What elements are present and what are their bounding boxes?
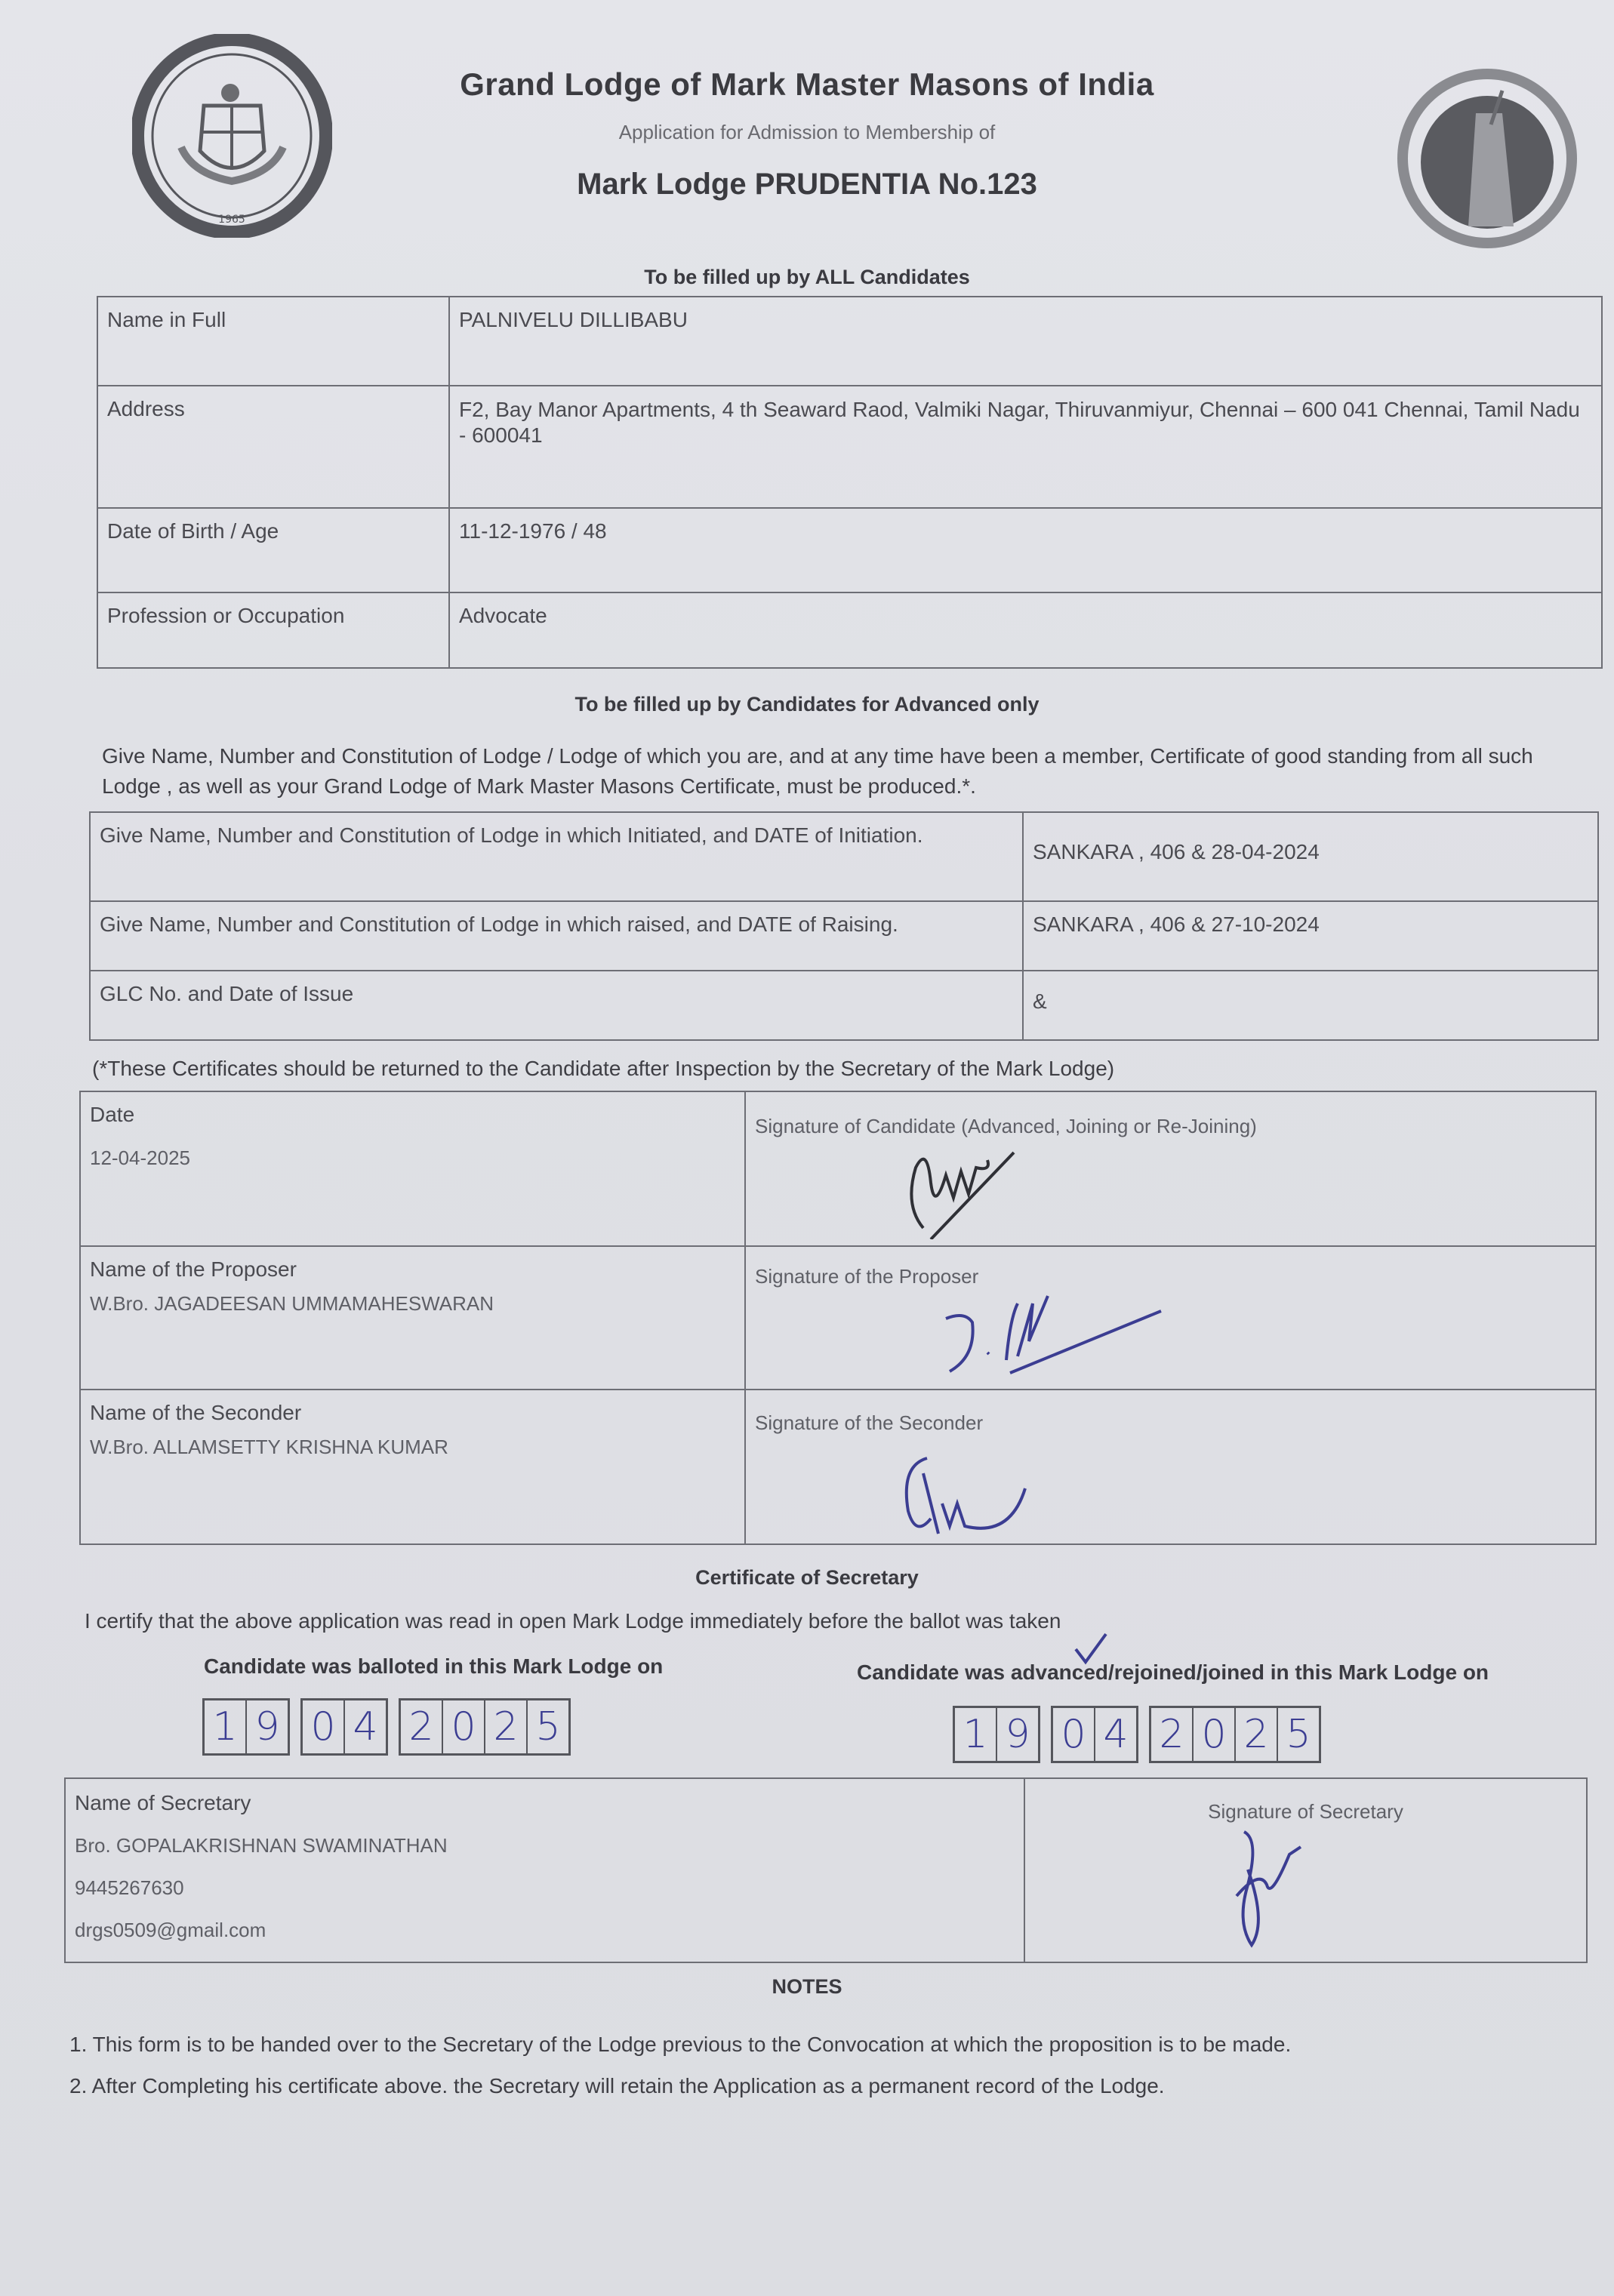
initiation-value[interactable]: SANKARA , 406 & 28-04-2024 [1023, 812, 1598, 901]
field-label: Give Name, Number and Constitution of Lo… [90, 901, 1023, 971]
balloted-year: 2 0 2 5 [399, 1698, 571, 1756]
raising-value[interactable]: SANKARA , 406 & 27-10-2024 [1023, 901, 1598, 971]
proposer-name[interactable]: W.Bro. JAGADEESAN UMMAMAHESWARAN [90, 1292, 735, 1316]
field-label: GLC No. and Date of Issue [90, 971, 1023, 1040]
advanced-label: Candidate was advanced/rejoined/joined i… [857, 1660, 1489, 1685]
secretary-name[interactable]: Bro. GOPALAKRISHNAN SWAMINATHAN [75, 1824, 1015, 1867]
signatures-table: Date 12-04-2025 Signature of Candidate (… [79, 1091, 1597, 1545]
date-cell: Date 12-04-2025 [80, 1091, 745, 1246]
field-label: Profession or Occupation [97, 592, 449, 668]
candidate-signature-icon[interactable] [901, 1137, 1036, 1239]
table-row: Date 12-04-2025 Signature of Candidate (… [80, 1091, 1596, 1246]
secretary-email[interactable]: drgs0509@gmail.com [75, 1909, 1015, 1951]
table-row: Name of Secretary Bro. GOPALAKRISHNAN SW… [65, 1778, 1587, 1962]
proposer-signature-label: Signature of the Proposer [755, 1265, 1586, 1288]
proposer-label: Name of the Proposer [90, 1257, 735, 1282]
digit-box[interactable]: 1 [205, 1700, 247, 1753]
digit-box[interactable]: 4 [1095, 1708, 1136, 1761]
form-subtitle: Application for Admission to Membership … [0, 121, 1614, 144]
certificate-statement: I certify that the above application was… [85, 1606, 1061, 1636]
note-item: 1. This form is to be handed over to the… [69, 2033, 1291, 2057]
address-value[interactable]: F2, Bay Manor Apartments, 4 th Seaward R… [449, 386, 1602, 508]
table-row: Name in Full PALNIVELU DILLIBABU [97, 297, 1602, 386]
name-in-full-value[interactable]: PALNIVELU DILLIBABU [449, 297, 1602, 386]
section-advanced-heading: To be filled up by Candidates for Advanc… [0, 693, 1614, 716]
digit-box[interactable]: 9 [247, 1700, 288, 1753]
digit-box[interactable]: 0 [1194, 1708, 1236, 1761]
digit-box[interactable]: 2 [1151, 1708, 1194, 1761]
digit-box[interactable]: 1 [955, 1708, 997, 1761]
section-all-heading: To be filled up by ALL Candidates [0, 266, 1614, 289]
dob-age-value[interactable]: 11-12-1976 / 48 [449, 508, 1602, 592]
advanced-month: 0 4 [1051, 1706, 1138, 1763]
notes-heading: NOTES [0, 1975, 1614, 1999]
field-label: Date of Birth / Age [97, 508, 449, 592]
digit-box[interactable]: 5 [528, 1700, 568, 1753]
seconder-name[interactable]: W.Bro. ALLAMSETTY KRISHNA KUMAR [90, 1436, 735, 1459]
table-row: GLC No. and Date of Issue & [90, 971, 1598, 1040]
note-item: 2. After Completing his certificate abov… [69, 2074, 1165, 2098]
proposer-cell: Name of the Proposer W.Bro. JAGADEESAN U… [80, 1246, 745, 1390]
secretary-phone[interactable]: 9445267630 [75, 1867, 1015, 1909]
advanced-instruction: Give Name, Number and Constitution of Lo… [102, 741, 1585, 802]
field-label: Name in Full [97, 297, 449, 386]
balloted-label: Candidate was balloted in this Mark Lodg… [204, 1654, 663, 1679]
table-row: Give Name, Number and Constitution of Lo… [90, 812, 1598, 901]
digit-box[interactable]: 0 [1053, 1708, 1095, 1761]
date-value[interactable]: 12-04-2025 [90, 1146, 735, 1170]
proposer-signature-cell: Signature of the Proposer [745, 1246, 1596, 1390]
digit-box[interactable]: 2 [1236, 1708, 1278, 1761]
table-row: Address F2, Bay Manor Apartments, 4 th S… [97, 386, 1602, 508]
secretary-name-label: Name of Secretary [75, 1782, 1015, 1824]
glc-value[interactable]: & [1023, 971, 1598, 1040]
advanced-day: 1 9 [953, 1706, 1040, 1763]
seconder-signature-label: Signature of the Seconder [755, 1411, 1586, 1435]
balloted-date-boxes[interactable]: 1 9 0 4 2 0 2 5 [202, 1698, 581, 1756]
digit-box[interactable]: 2 [401, 1700, 443, 1753]
table-row: Date of Birth / Age 11-12-1976 / 48 [97, 508, 1602, 592]
checkmark-icon[interactable] [1072, 1630, 1110, 1668]
table-row: Name of the Proposer W.Bro. JAGADEESAN U… [80, 1246, 1596, 1390]
digit-box[interactable]: 2 [485, 1700, 528, 1753]
seconder-label: Name of the Seconder [90, 1401, 735, 1425]
field-label: Give Name, Number and Constitution of Lo… [90, 812, 1023, 901]
table-row: Name of the Seconder W.Bro. ALLAMSETTY K… [80, 1390, 1596, 1544]
table-row: Profession or Occupation Advocate [97, 592, 1602, 668]
balloted-day: 1 9 [202, 1698, 290, 1756]
field-label: Address [97, 386, 449, 508]
seconder-signature-cell: Signature of the Seconder [745, 1390, 1596, 1544]
secretary-details-cell: Name of Secretary Bro. GOPALAKRISHNAN SW… [65, 1778, 1024, 1962]
seconder-cell: Name of the Seconder W.Bro. ALLAMSETTY K… [80, 1390, 745, 1544]
org-title: Grand Lodge of Mark Master Masons of Ind… [0, 66, 1614, 103]
proposer-signature-icon[interactable] [935, 1288, 1176, 1379]
advanced-year: 2 0 2 5 [1149, 1706, 1321, 1763]
advanced-details-table: Give Name, Number and Constitution of Lo… [89, 811, 1599, 1041]
certificate-heading: Certificate of Secretary [0, 1566, 1614, 1590]
secretary-signature-label: Signature of Secretary [1034, 1800, 1577, 1824]
candidate-signature-label: Signature of Candidate (Advanced, Joinin… [755, 1115, 1586, 1138]
date-label: Date [90, 1103, 735, 1127]
secretary-signature-icon[interactable] [1214, 1824, 1320, 1953]
application-form-page: 1965 Grand Lodge of Mark Master Masons o… [0, 0, 1614, 2296]
candidate-signature-cell: Signature of Candidate (Advanced, Joinin… [745, 1091, 1596, 1246]
digit-box[interactable]: 5 [1278, 1708, 1319, 1761]
digit-box[interactable]: 4 [345, 1700, 386, 1753]
svg-text:1965: 1965 [218, 214, 245, 226]
digit-box[interactable]: 0 [443, 1700, 485, 1753]
balloted-month: 0 4 [300, 1698, 388, 1756]
lodge-name: Mark Lodge PRUDENTIA No.123 [0, 168, 1614, 202]
seconder-signature-icon[interactable] [897, 1443, 1078, 1541]
candidate-details-table: Name in Full PALNIVELU DILLIBABU Address… [97, 296, 1603, 669]
table-row: Give Name, Number and Constitution of Lo… [90, 901, 1598, 971]
certificates-footnote: (*These Certificates should be returned … [92, 1054, 1114, 1084]
secretary-signature-cell: Signature of Secretary [1024, 1778, 1587, 1962]
advanced-date-boxes[interactable]: 1 9 0 4 2 0 2 5 [953, 1706, 1332, 1763]
occupation-value[interactable]: Advocate [449, 592, 1602, 668]
digit-box[interactable]: 9 [997, 1708, 1038, 1761]
digit-box[interactable]: 0 [303, 1700, 345, 1753]
secretary-table: Name of Secretary Bro. GOPALAKRISHNAN SW… [64, 1777, 1588, 1963]
